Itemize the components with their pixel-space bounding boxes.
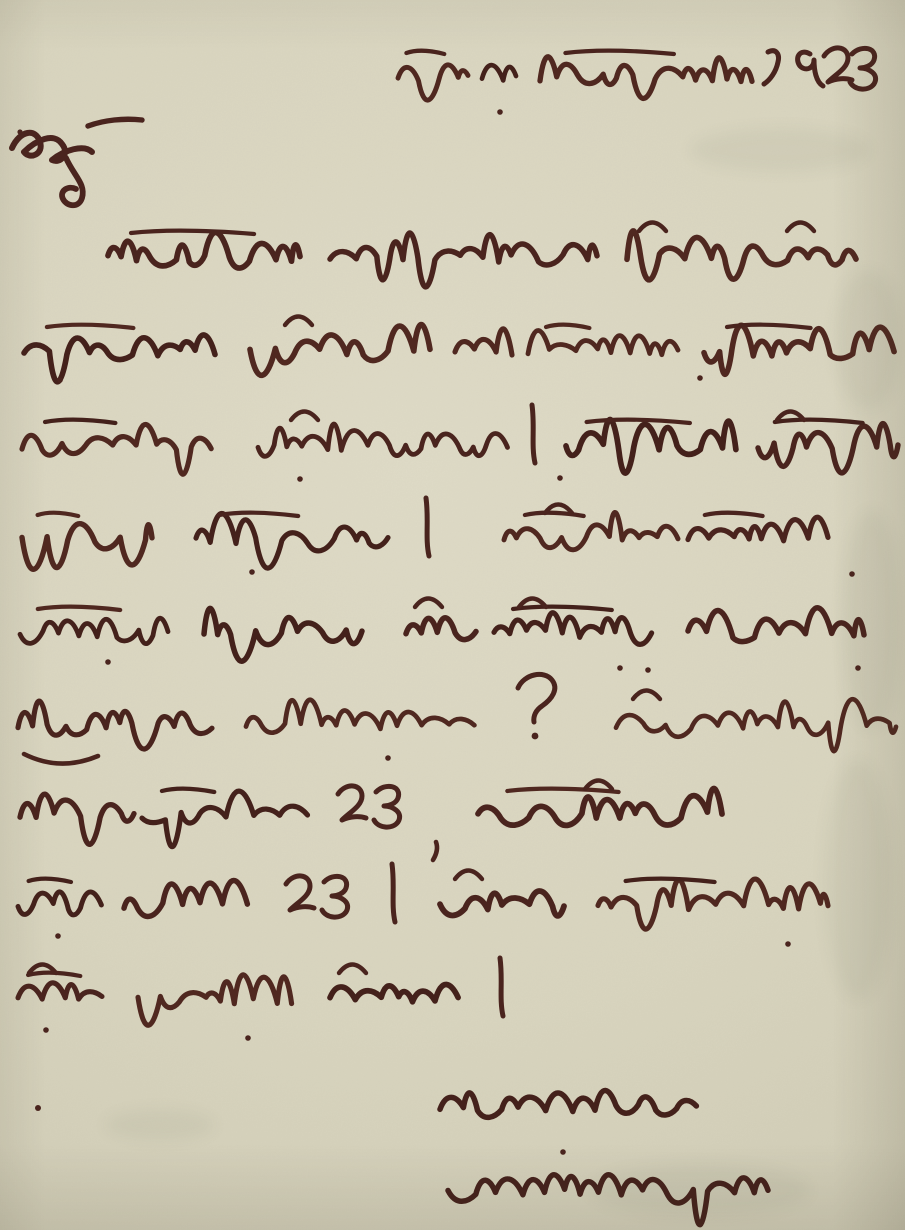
handwriting-svg: [0, 0, 905, 1230]
paper-grain: [0, 0, 905, 1230]
letter-scan: ১৯ ই নভেম্বর ১৯২৩ বন্ধু — ইতিমধ্যে আমার …: [0, 0, 905, 1230]
